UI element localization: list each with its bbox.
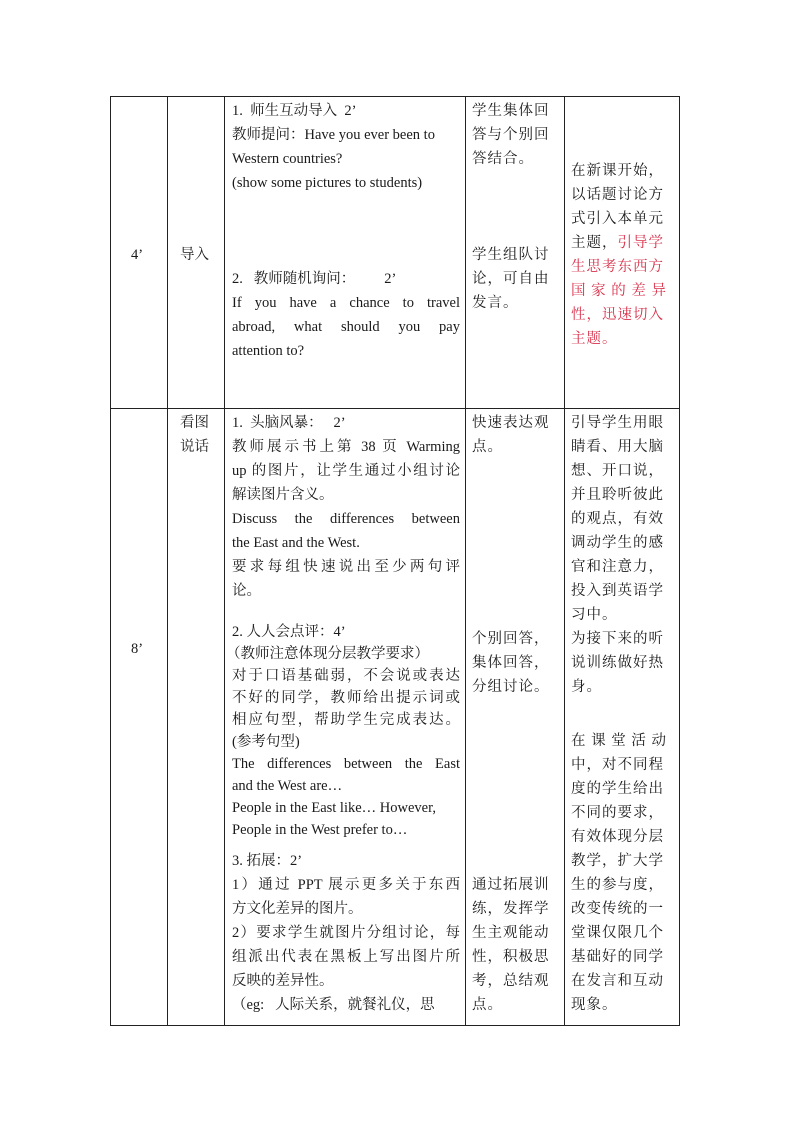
text-line: 反映的差异性。 xyxy=(232,969,460,993)
text-line: 睛看、用大脑 xyxy=(571,435,664,459)
text-line: 不同的要求， xyxy=(571,801,667,825)
text-line: 想、开口说， xyxy=(571,459,664,483)
text-line: 度的学生给出 xyxy=(571,777,667,801)
text-line: 发言。 xyxy=(472,291,550,315)
text-line: 不好的同学，教师给出提示词或 xyxy=(232,687,460,709)
intent-block-1: 引导学生用眼 睛看、用大脑 想、开口说， 并且聆听彼此 的观点，有效 调动学生的… xyxy=(571,411,664,699)
text-line: 通过拓展训 xyxy=(472,873,550,897)
row2-teacher-activity: 1. 头脑风暴： 2’ 教师展示书上第 38 页 Warming up 的图片，… xyxy=(225,409,465,1026)
text-line: Western countries? xyxy=(232,147,460,171)
text-line: 身。 xyxy=(571,675,664,699)
text-line: 相应句型，帮助学生完成表达。 xyxy=(232,709,460,731)
text-line: 集体回答， xyxy=(472,651,550,675)
text-line: 练，发挥学 xyxy=(472,897,550,921)
row2-stage-cell: 看图 说话 xyxy=(168,409,225,1026)
student-block-1: 快速表达观 点。 xyxy=(472,411,550,459)
row1-design-intent: 在新课开始， 以话题讨论方 式引入本单元 主题，引导学 生思考东西方 国 家 的… xyxy=(565,97,679,408)
text-line: 组派出代表在黑板上写出图片所 xyxy=(232,945,460,969)
text-line: 官和注意力， xyxy=(571,555,664,579)
teacher-block-2: 2. 人人会点评：4’ （教师注意体现分层教学要求） 对于口语基础弱，不会说或表… xyxy=(232,621,460,841)
text-line: 对于口语基础弱，不会说或表达 xyxy=(232,665,460,687)
text-line: （教师注意体现分层教学要求） xyxy=(226,643,460,665)
text-line: People in the East like… However, xyxy=(232,797,460,819)
text-line: 有效体现分层 xyxy=(571,825,667,849)
text-line: 习中。 xyxy=(571,603,664,627)
text-line: and the West are… xyxy=(232,775,460,797)
text-line: 答结合。 xyxy=(472,147,550,171)
student-block-3: 通过拓展训 练，发挥学 生主观能动 性，积极思 考，总结观 点。 xyxy=(472,873,550,1017)
text-line: 点。 xyxy=(472,993,550,1017)
text-line: 看图 xyxy=(180,411,209,435)
block-title: 1. 头脑风暴： 2’ xyxy=(232,411,460,435)
text-line: 改变传统的一 xyxy=(571,897,667,921)
text-line: up 的图片，让学生通过小组讨论 xyxy=(232,459,460,483)
row1-student-activity: 学生集体回 答与个别回 答结合。 学生组队讨 论，可自由 发言。 xyxy=(466,97,564,408)
text-line: 的观点，有效 xyxy=(571,507,664,531)
text-line: 引导学生用眼 xyxy=(571,411,664,435)
text-line: 点。 xyxy=(472,435,550,459)
stage-label: 导入 xyxy=(180,243,209,267)
text-line: 个别回答， xyxy=(472,627,550,651)
teacher-block-1: 1. 头脑风暴： 2’ 教师展示书上第 38 页 Warming up 的图片，… xyxy=(232,411,460,603)
text-normal: 主题， xyxy=(571,235,618,251)
text-line: 在 课 堂 活 动 xyxy=(571,729,667,753)
text-line: If you have a chance to travel xyxy=(232,291,460,315)
block-title: 3. 拓展：2’ xyxy=(232,849,460,873)
block-title: 2. 教师随机询问： 2’ xyxy=(232,267,460,291)
text-line: 式引入本单元 xyxy=(571,207,667,231)
teacher-block-2: 2. 教师随机询问： 2’ If you have a chance to tr… xyxy=(232,267,460,363)
text-line: 中，对不同程 xyxy=(571,753,667,777)
text-line: 现象。 xyxy=(571,993,667,1017)
text-line: 在新课开始， xyxy=(571,159,667,183)
text-line: the East and the West. xyxy=(232,531,460,555)
time-value: 8’ xyxy=(131,637,143,661)
text-line: 堂课仅限几个 xyxy=(571,921,667,945)
text-line: attention to? xyxy=(232,339,460,363)
teacher-block-3: 3. 拓展：2’ 1）通过 PPT 展示更多关于东西 方文化差异的图片。 2）要… xyxy=(232,849,460,1017)
text-line: 说训练做好热 xyxy=(571,651,664,675)
text-line: 为接下来的听 xyxy=(571,627,664,651)
text-line: 学生组队讨 xyxy=(472,243,550,267)
text-line: 论，可自由 xyxy=(472,267,550,291)
text-line: 要求每组快速说出至少两句评 xyxy=(232,555,460,579)
text-line: （eg: 人际关系，就餐礼仪，思 xyxy=(232,993,460,1017)
text-line: 分组讨论。 xyxy=(472,675,550,699)
text-line: 在发言和互动 xyxy=(571,969,667,993)
text-line: 基础好的同学 xyxy=(571,945,667,969)
block-title: 2. 人人会点评：4’ xyxy=(232,621,460,643)
text-line: 生主观能动 xyxy=(472,921,550,945)
student-block-2: 学生组队讨 论，可自由 发言。 xyxy=(472,243,550,315)
highlight-line: 国 家 的 差 异 xyxy=(571,279,667,303)
text-line: 1）通过 PPT 展示更多关于东西 xyxy=(232,873,460,897)
text-line: abroad, what should you pay xyxy=(232,315,460,339)
teacher-block-1: 1. 师生互动导入 2’ 教师提问：Have you ever been to … xyxy=(232,99,460,195)
text-line: People in the West prefer to… xyxy=(232,819,460,841)
text-line: Discuss the differences between xyxy=(232,507,460,531)
text-line: 快速表达观 xyxy=(472,411,550,435)
text-line: (参考句型) xyxy=(232,731,460,753)
row1-teacher-activity: 1. 师生互动导入 2’ 教师提问：Have you ever been to … xyxy=(225,97,465,408)
text-line: 教师展示书上第 38 页 Warming xyxy=(232,435,460,459)
text-line: 调动学生的感 xyxy=(571,531,664,555)
text-line: 教学，扩大学 xyxy=(571,849,667,873)
highlight-line: 主题。 xyxy=(571,327,667,351)
text-line: 答与个别回 xyxy=(472,123,550,147)
student-block-2: 个别回答， 集体回答， 分组讨论。 xyxy=(472,627,550,699)
lesson-plan-table: 4’ 导入 1. 师生互动导入 2’ 教师提问：Have you ever be… xyxy=(110,96,680,1026)
text-line: 性，积极思 xyxy=(472,945,550,969)
text-line: 以话题讨论方 xyxy=(571,183,667,207)
student-block-1: 学生集体回 答与个别回 答结合。 xyxy=(472,99,550,171)
row2-student-activity: 快速表达观 点。 个别回答， 集体回答， 分组讨论。 通过拓展训 练，发挥学 生… xyxy=(466,409,564,1026)
text-line: 学生集体回 xyxy=(472,99,550,123)
text-line: 解读图片含义。 xyxy=(232,483,460,507)
intent-block-2: 在 课 堂 活 动 中，对不同程 度的学生给出 不同的要求， 有效体现分层 教学… xyxy=(571,729,667,1017)
intent-block: 在新课开始， 以话题讨论方 式引入本单元 主题，引导学 生思考东西方 国 家 的… xyxy=(571,159,667,351)
text-line: 考，总结观 xyxy=(472,969,550,993)
row1-stage-cell: 导入 xyxy=(168,97,225,408)
text-line: 生的参与度， xyxy=(571,873,667,897)
text-highlight: 引导学 xyxy=(618,235,665,251)
text-line: 投入到英语学 xyxy=(571,579,664,603)
row1-time-cell: 4’ xyxy=(111,97,168,408)
text-line: 教师提问：Have you ever been to xyxy=(232,123,460,147)
block-title: 1. 师生互动导入 2’ xyxy=(232,99,460,123)
text-line: The differences between the East xyxy=(232,753,460,775)
mixed-line: 主题，引导学 xyxy=(571,231,667,255)
row2-design-intent: 引导学生用眼 睛看、用大脑 想、开口说， 并且聆听彼此 的观点，有效 调动学生的… xyxy=(565,409,679,1026)
row2-time-cell: 8’ xyxy=(111,409,168,1026)
text-line: (show some pictures to students) xyxy=(232,171,460,195)
text-line: 说话 xyxy=(180,435,209,459)
highlight-line: 生思考东西方 xyxy=(571,255,667,279)
text-line: 论。 xyxy=(232,579,460,603)
highlight-line: 性，迅速切入 xyxy=(571,303,667,327)
stage-label: 看图 说话 xyxy=(180,411,209,459)
text-line: 并且聆听彼此 xyxy=(571,483,664,507)
document-page: 4’ 导入 1. 师生互动导入 2’ 教师提问：Have you ever be… xyxy=(0,0,794,1123)
text-line: 2）要求学生就图片分组讨论，每 xyxy=(232,921,460,945)
text-line: 方文化差异的图片。 xyxy=(232,897,460,921)
time-value: 4’ xyxy=(131,243,143,267)
